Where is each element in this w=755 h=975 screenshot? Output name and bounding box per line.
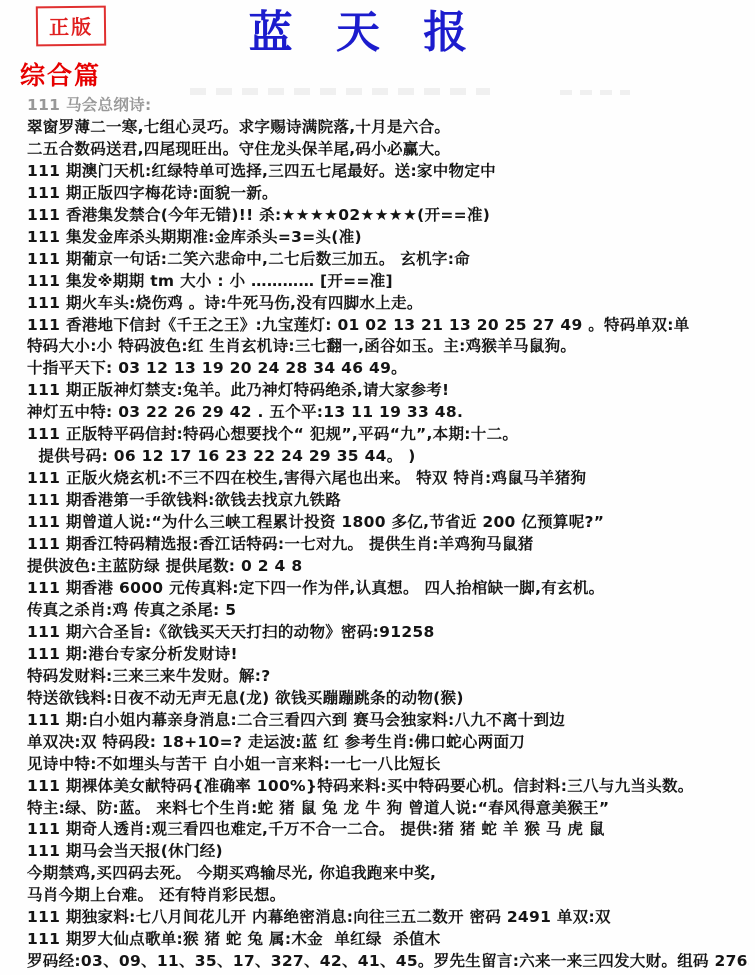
- report-line: 特送欲钱料:日夜不动无声无息(龙) 欲钱买蹦蹦跳条的动物(猴): [27, 688, 749, 710]
- report-line: 111 期火车头:烧伤鸡 。诗:牛死马伤,没有四脚水上走。: [27, 293, 749, 315]
- report-line: 见诗中特:不如埋头与苦干 白小姐一言来料:一七一八比短长: [27, 754, 749, 776]
- report-line: 111 期香江特码精选报:香江话特码:一七对九。 提供生肖:羊鸡狗马鼠猪: [27, 534, 749, 556]
- report-line: 111 集发金库杀头期期准:金库杀头=3=头(准): [27, 227, 749, 249]
- report-line: 111 香港地下信封《千王之王》:九宝莲灯: 01 02 13 21 13 20…: [27, 315, 749, 337]
- report-line: 111 集发※期期 tm 大小 : 小 ………… [开==准]: [27, 271, 749, 293]
- report-line: 特码大小:小 特码波色:红 生肖玄机诗:三七翻一,函谷如玉。主:鸡猴羊马鼠狗。: [27, 336, 749, 358]
- report-line: 马肖今期上台难。 还有特肖彩民想。: [27, 885, 749, 907]
- report-line: 提供号码: 06 12 17 16 23 22 24 29 35 44。 ): [27, 446, 749, 468]
- report-body: 111 马会总纲诗:翠窗罗薄二一寒,七组心灵巧。求字赐诗满院落,十月是六合。二五…: [27, 95, 749, 973]
- report-line: 111 期裸体美女献特码{准确率 100%}特码来料:买中特码要心机。信封料:三…: [27, 776, 749, 798]
- report-line: 111 正版特平码信封:特码心想要找个“ 犯规”,平码“九”,本期:十二。: [27, 424, 749, 446]
- scan-artifact: [190, 88, 490, 95]
- report-line: 111 期:白小姐内幕亲身消息:二合三看四六到 赛马会独家料:八九不离十到边: [27, 710, 749, 732]
- report-line: 111 期香港第一手欲钱料:欲钱去找京九铁路: [27, 490, 749, 512]
- report-line: 111 期奇人透肖:观三看四也难定,千万不合一二合。 提供:猪 猪 蛇 羊 猴 …: [27, 819, 749, 841]
- page-title: 蓝 天 报: [0, 0, 730, 60]
- newspaper-page: 正版 蓝 天 报 综合篇 111 马会总纲诗:翠窗罗薄二一寒,七组心灵巧。求字赐…: [0, 0, 755, 975]
- report-line: 111 马会总纲诗:: [27, 95, 749, 117]
- report-line: 111 香港集发禁合(今年无错)!! 杀:★★★★02★★★★(开==准): [27, 205, 749, 227]
- report-line: 111 期马会当天报(休门经): [27, 841, 749, 863]
- report-line: 单双决:双 特码段: 18+10=? 走运波:蓝 红 参考生肖:佛口蛇心两面刀: [27, 732, 749, 754]
- report-line: 111 期澳门天机:红绿特单可选择,三四五七尾最好。送:家中物定中: [27, 161, 749, 183]
- report-line: 111 期正版四字梅花诗:面貌一新。: [27, 183, 749, 205]
- report-line: 翠窗罗薄二一寒,七组心灵巧。求字赐诗满院落,十月是六合。: [27, 117, 749, 139]
- report-line: 提供波色:主蓝防绿 提供尾数: 0 2 4 8: [27, 556, 749, 578]
- report-line: 今期禁鸡,买四码去死。 今期买鸡输尽光, 你追我跑来中奖,: [27, 863, 749, 885]
- report-line: 111 期罗大仙点歌单:猴 猪 蛇 兔 属:木金 单红绿 杀值木: [27, 929, 749, 951]
- report-line: 111 期曾道人说:“为什么三峡工程累计投资 1800 多亿,节省近 200 亿…: [27, 512, 749, 534]
- report-line: 111 期:港台专家分析发财诗!: [27, 644, 749, 666]
- report-line: 罗码经:03、09、11、35、17、327、42、41、45。罗先生留言:六来…: [27, 951, 749, 973]
- report-line: 二五合数码送君,四尾现旺出。守住龙头保羊尾,码小必赢大。: [27, 139, 749, 161]
- report-line: 特码发财料:三来三来牛发财。解:?: [27, 666, 749, 688]
- report-line: 111 期独家料:七八月间花儿开 内幕绝密消息:向往三五二数开 密码 2491 …: [27, 907, 749, 929]
- report-line: 111 正版火烧玄机:不三不四在校生,害得六尾也出来。 特双 特肖:鸡鼠马羊猪狗: [27, 468, 749, 490]
- report-line: 十指平天下: 03 12 13 19 20 24 28 34 46 49。: [27, 358, 749, 380]
- section-title: 综合篇: [20, 56, 101, 92]
- report-line: 111 期正版神灯禁支:兔羊。此乃神灯特码绝杀,请大家参考!: [27, 380, 749, 402]
- report-line: 111 期六合圣旨:《欲钱买天天打扫的动物》密码:91258: [27, 622, 749, 644]
- report-line: 特主:绿、防:蓝。 来料七个生肖:蛇 猪 鼠 兔 龙 牛 狗 曾道人说:“春风得…: [27, 798, 749, 820]
- report-line: 111 期葡京一句话:二笑六悲命中,二七后数三加五。 玄机字:命: [27, 249, 749, 271]
- report-line: 传真之杀肖:鸡 传真之杀尾: 5: [27, 600, 749, 622]
- report-line: 111 期香港 6000 元传真料:定下四一作为伴,认真想。 四人抬棺缺一脚,有…: [27, 578, 749, 600]
- report-line: 神灯五中特: 03 22 26 29 42 . 五个平:13 11 19 33 …: [27, 402, 749, 424]
